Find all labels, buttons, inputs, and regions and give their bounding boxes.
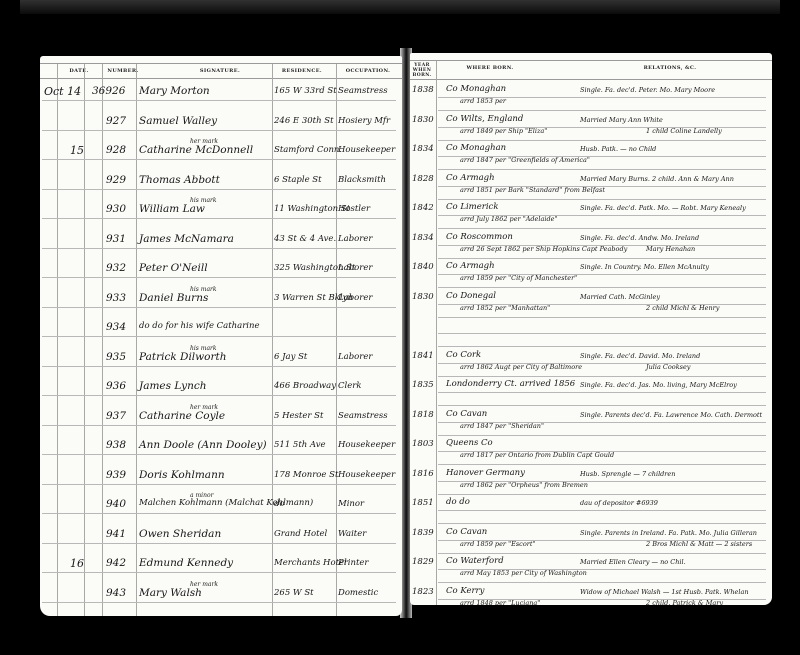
number-cell: 936: [106, 381, 126, 392]
row-rule: [42, 248, 396, 249]
row-rule: [438, 287, 766, 288]
occupation-cell: Domestic: [338, 589, 378, 598]
signature-cell: William Law: [139, 204, 205, 215]
occupation-cell: Blacksmith: [338, 176, 386, 185]
year-born-cell: 1851: [412, 499, 434, 508]
where-born-cell: Co Limerick: [446, 203, 498, 212]
relations-cell: Single. Fa. dec'd. Jas. Mo. living, Mary…: [580, 382, 737, 389]
row-rule: [42, 159, 396, 160]
row-rule: [42, 277, 396, 278]
year-born-cell: 1830: [412, 293, 434, 302]
relations-cell: Married Cath. McGinley: [580, 294, 660, 301]
row-rule: [438, 333, 766, 334]
row-rule: [42, 454, 396, 455]
number-cell: 941: [106, 529, 126, 540]
where-born-cell: Co Armagh: [446, 262, 495, 271]
year-born-cell: 1818: [412, 411, 434, 420]
header-number: Number.: [102, 68, 144, 74]
signature-mark: her mark: [190, 581, 218, 588]
number-cell: 938: [106, 440, 126, 451]
where-born-cell: Hanover Germany: [446, 469, 525, 478]
year-born-cell: 1829: [412, 558, 434, 567]
number-cell: 929: [106, 175, 126, 186]
occupation-cell: Printer: [338, 559, 369, 568]
year-born-cell: 1841: [412, 352, 434, 361]
number-cell: 940: [106, 499, 126, 510]
year-born-cell: 1834: [412, 145, 434, 154]
year-born-cell: 1840: [412, 263, 434, 272]
signature-cell: Doris Kohlmann: [139, 470, 225, 481]
signature-cell: James McNamara: [139, 234, 234, 245]
header-bottom-rule: [40, 78, 402, 79]
signature-mark: her mark: [190, 404, 218, 411]
signature-cell: Ann Doole (Ann Dooley): [139, 440, 267, 451]
number-cell: 935: [106, 352, 126, 363]
row-rule: [42, 130, 396, 131]
relations-cell: dau of depositor #6939: [580, 500, 658, 507]
arrival-cell: arrd 1849 per Ship "Eliza": [460, 128, 547, 135]
row-rule: [42, 602, 396, 603]
occupation-cell: Seamstress: [338, 87, 388, 96]
residence-cell: 511 5th Ave: [274, 441, 326, 450]
where-born-cell: do do: [446, 498, 470, 507]
year-born-cell: 1842: [412, 204, 434, 213]
number-cell: 930: [106, 204, 126, 215]
column-rule: [272, 64, 273, 616]
arrival-cell: arrd 1847 per "Greenfields of America": [460, 157, 590, 164]
relations-cell: Single. In Country. Mo. Ellen McAnulty: [580, 264, 709, 271]
relations-cell: Husb. Patk. — no Child: [580, 146, 656, 153]
row-rule: [438, 140, 766, 141]
header-residence: Residence.: [272, 68, 332, 74]
row-rule: [438, 376, 766, 377]
signature-cell: Peter O'Neill: [139, 263, 208, 274]
row-rule: [42, 513, 396, 514]
row-rule: [438, 199, 766, 200]
row-rule: [42, 366, 396, 367]
number-cell: 937: [106, 411, 126, 422]
where-born-cell: Co Waterford: [446, 557, 504, 566]
arrival-cell: arrd 26 Sept 1862 per Ship Hopkins Capt …: [460, 246, 627, 253]
number-cell: 942: [106, 558, 126, 569]
date-cell: 15: [70, 145, 84, 156]
residence-cell: Stamford Conn.: [274, 146, 342, 155]
signature-cell: Mary Walsh: [139, 588, 202, 599]
column-rule: [436, 61, 437, 605]
arrival-cell: arrd 1848 per "Luciana": [460, 600, 540, 606]
row-rule: [438, 258, 766, 259]
column-rule: [84, 64, 85, 616]
arrival-cell: arrd July 1862 per "Adelaide": [460, 216, 557, 223]
header-date: Date.: [58, 68, 100, 74]
signature-mark: a minor: [190, 492, 213, 499]
residence-cell: Grand Hotel: [274, 530, 327, 539]
date-cell: Oct 14: [44, 86, 81, 97]
relations-extra-cell: 2 child Michl & Henry: [646, 305, 719, 312]
where-born-cell: Queens Co: [446, 439, 493, 448]
where-born-cell: Co Monaghan: [446, 85, 506, 94]
column-rule: [57, 64, 58, 616]
year-born-cell: 1838: [412, 86, 434, 95]
residence-cell: Merchants Hotel: [274, 559, 347, 568]
year-born-cell: 1823: [412, 588, 434, 597]
row-rule: [438, 464, 766, 465]
year-born-cell: 1830: [412, 116, 434, 125]
occupation-cell: Waiter: [338, 530, 366, 539]
row-rule: [438, 510, 766, 511]
date-cell: 16: [70, 558, 84, 569]
row-rule: [438, 582, 766, 583]
header-where-born: Where Born.: [450, 65, 530, 71]
relations-cell: Widow of Michael Walsh — 1st Husb. Patk.…: [580, 589, 749, 596]
occupation-cell: Hostler: [338, 205, 370, 214]
arrival-cell: arrd 1852 per "Manhattan": [460, 305, 550, 312]
row-rule: [438, 110, 766, 111]
year-born-cell: 1834: [412, 234, 434, 243]
arrival-cell: arrd 1851 per Bark "Standard" from Belfa…: [460, 187, 605, 194]
column-rule: [136, 64, 137, 616]
number-cell: 932: [106, 263, 126, 274]
year-born-cell: 1803: [412, 440, 434, 449]
number-cell: 927: [106, 116, 126, 127]
number-cell: 36926: [92, 86, 125, 97]
row-rule: [42, 572, 396, 573]
where-born-cell: Co Cavan: [446, 410, 487, 419]
row-rule: [438, 494, 766, 495]
row-rule: [42, 218, 396, 219]
signature-cell: Malchen Kohlmann (Malchat Kohlmann): [139, 499, 313, 508]
row-rule: [438, 169, 766, 170]
where-born-cell: Co Donegal: [446, 292, 496, 301]
arrival-cell: arrd 1859 per "City of Manchester": [460, 275, 577, 282]
row-rule: [42, 189, 396, 190]
number-cell: 934: [106, 322, 126, 333]
where-born-cell: Co Cavan: [446, 528, 487, 537]
row-rule: [438, 435, 766, 436]
row-rule: [438, 553, 766, 554]
relations-extra-cell: Mary Henahan: [646, 246, 695, 253]
header-relations: Relations, &c.: [620, 65, 720, 71]
where-born-cell: Co Cork: [446, 351, 481, 360]
signature-cell: Samuel Walley: [139, 116, 217, 127]
signature-cell: Mary Morton: [139, 86, 210, 97]
row-rule: [42, 543, 396, 544]
where-born-cell: Co Armagh: [446, 174, 495, 183]
row-rule: [438, 346, 766, 347]
occupation-cell: Laborer: [338, 264, 372, 273]
arrival-cell: arrd 1847 per "Sheridan": [460, 423, 544, 430]
signature-mark: her mark: [190, 138, 218, 145]
row-rule: [438, 392, 766, 393]
residence-cell: 6 Staple St: [274, 176, 322, 185]
residence-cell: 5 Hester St: [274, 412, 323, 421]
signature-cell: Patrick Dilworth: [139, 352, 226, 363]
signature-mark: his mark: [190, 345, 217, 352]
relations-cell: Married Mary Burns. 2 child. Ann & Mary …: [580, 176, 734, 183]
year-born-cell: 1828: [412, 175, 434, 184]
column-rule: [102, 64, 103, 616]
number-cell: 931: [106, 234, 126, 245]
signature-cell: Edmund Kennedy: [139, 558, 233, 569]
ledger-left-page: Date. Number. Signature. Residence. Occu…: [40, 56, 402, 616]
residence-cell: 246 E 30th St: [274, 117, 333, 126]
row-rule: [42, 336, 396, 337]
row-rule: [438, 228, 766, 229]
row-rule: [42, 484, 396, 485]
relations-cell: Married Ellen Cleary — no Chil.: [580, 559, 686, 566]
occupation-cell: Hosiery Mfr: [338, 117, 390, 126]
relations-cell: Single. Parents dec'd. Fa. Lawrence Mo. …: [580, 412, 762, 419]
signature-cell: James Lynch: [139, 381, 207, 392]
arrival-cell: arrd 1817 per Ontario from Dublin Capt G…: [460, 452, 614, 459]
signature-mark: his mark: [190, 286, 217, 293]
arrival-cell: arrd 1859 per "Escort": [460, 541, 535, 548]
number-cell: 943: [106, 588, 126, 599]
relations-cell: Husb. Sprengle — 7 children: [580, 471, 675, 478]
relations-cell: Single. Fa. dec'd. David. Mo. Ireland: [580, 353, 700, 360]
residence-cell: 43 St & 4 Ave.: [274, 235, 336, 244]
year-born-cell: 1835: [412, 381, 434, 390]
signature-cell: Owen Sheridan: [139, 529, 221, 540]
header-top-rule: [40, 63, 402, 64]
where-born-cell: Co Wilts, England: [446, 115, 523, 124]
signature-mark: his mark: [190, 197, 217, 204]
number-cell: 933: [106, 293, 126, 304]
relations-cell: Single. Parents in Ireland. Fa. Patk. Mo…: [580, 530, 757, 537]
row-rule: [438, 405, 766, 406]
residence-cell: 178 Monroe St: [274, 471, 338, 480]
scan-edge: [20, 0, 780, 14]
header-signature: Signature.: [160, 68, 280, 74]
where-born-cell: Londonderry Ct. arrived 1856: [446, 380, 575, 389]
relations-extra-cell: 2 child. Patrick & Mary: [646, 600, 723, 606]
relations-extra-cell: 2 Bros Michl & Matt — 2 sisters: [646, 541, 752, 548]
row-rule: [42, 307, 396, 308]
signature-cell: Thomas Abbott: [139, 175, 220, 186]
row-rule: [438, 317, 766, 318]
residence-cell: 265 W St: [274, 589, 314, 598]
ledger-right-page: Year when Born. Where Born. Relations, &…: [410, 53, 772, 605]
year-born-cell: 1839: [412, 529, 434, 538]
relations-cell: Single. Fa. dec'd. Patk. Mo. — Robt. Mar…: [580, 205, 746, 212]
occupation-cell: Laborer: [338, 294, 372, 303]
where-born-cell: Co Kerry: [446, 587, 484, 596]
header-bottom-rule: [410, 79, 772, 80]
residence-cell: do: [274, 500, 285, 509]
header-year-born: Year when Born.: [410, 63, 434, 78]
header-occupation: Occupation.: [338, 68, 398, 74]
occupation-cell: Laborer: [338, 353, 372, 362]
number-cell: 939: [106, 470, 126, 481]
row-rule: [42, 425, 396, 426]
occupation-cell: Minor: [338, 500, 364, 509]
relations-extra-cell: Julia Cooksey: [646, 364, 690, 371]
signature-cell: Catharine Coyle: [139, 411, 225, 422]
row-rule: [42, 100, 396, 101]
signature-cell: Daniel Burns: [139, 293, 208, 304]
occupation-cell: Laborer: [338, 235, 372, 244]
residence-cell: 165 W 33rd St: [274, 87, 337, 96]
relations-cell: Married Mary Ann White: [580, 117, 663, 124]
row-rule: [42, 395, 396, 396]
arrival-cell: arrd 1853 per: [460, 98, 506, 105]
year-born-cell: 1816: [412, 470, 434, 479]
occupation-cell: Clerk: [338, 382, 361, 391]
signature-cell: do do for his wife Catharine: [139, 322, 260, 331]
occupation-cell: Housekeeper: [338, 471, 395, 480]
relations-extra-cell: 1 child Coline Landelly: [646, 128, 722, 135]
occupation-cell: Seamstress: [338, 412, 388, 421]
where-born-cell: Co Monaghan: [446, 144, 506, 153]
arrival-cell: arrd 1862 per "Orpheus" from Bremen: [460, 482, 588, 489]
residence-cell: 466 Broadway: [274, 382, 336, 391]
arrival-cell: arrd May 1853 per City of Washington: [460, 570, 587, 577]
residence-cell: 6 Jay St: [274, 353, 307, 362]
row-rule: [438, 523, 766, 524]
header-top-rule: [410, 60, 772, 61]
number-cell: 928: [106, 145, 126, 156]
arrival-cell: arrd 1862 Augt per City of Baltimore: [460, 364, 582, 371]
signature-cell: Catharine McDonnell: [139, 145, 253, 156]
occupation-cell: Housekeeper: [338, 146, 395, 155]
where-born-cell: Co Roscommon: [446, 233, 513, 242]
relations-cell: Single. Fa. dec'd. Peter. Mo. Mary Moore: [580, 87, 715, 94]
occupation-cell: Housekeeper: [338, 441, 395, 450]
relations-cell: Single. Fa. dec'd. Andw. Mo. Ireland: [580, 235, 699, 242]
